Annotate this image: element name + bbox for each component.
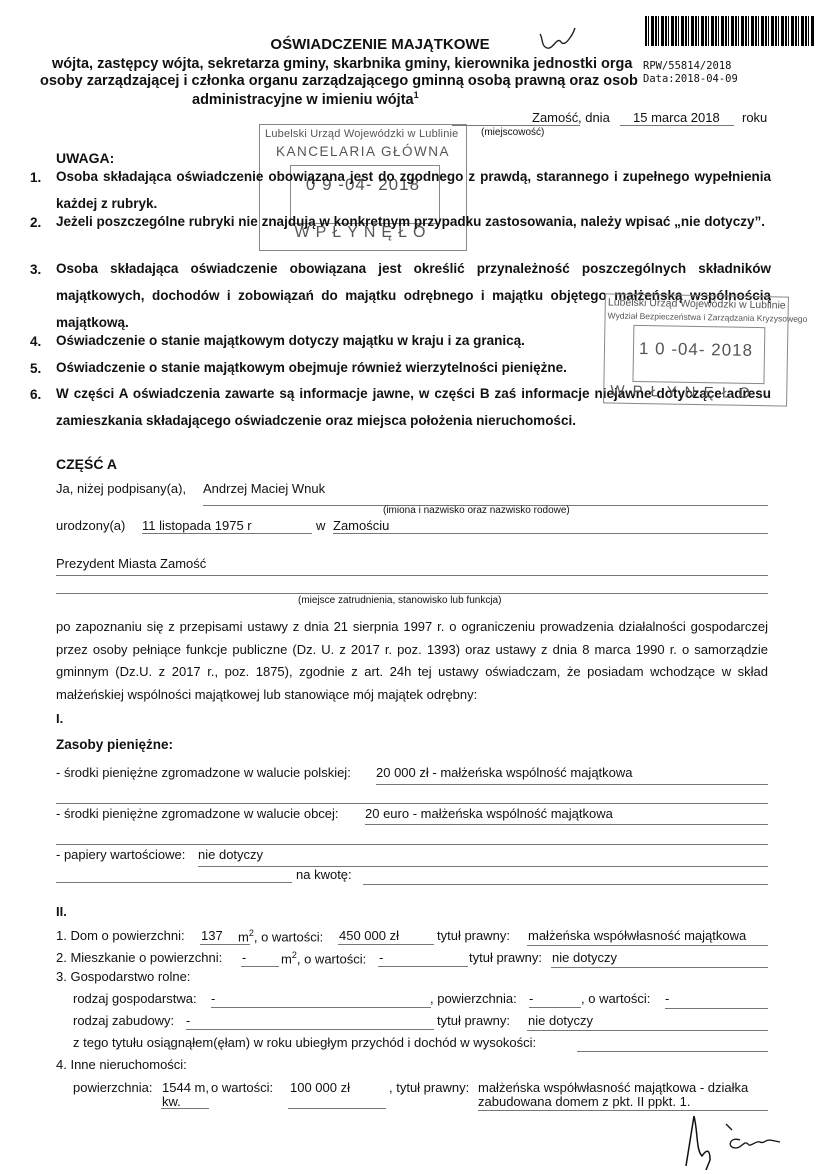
received-stamp-security-department: Lubelski Urząd Wojewódzki w Lublinie Wyd… (603, 293, 789, 406)
farm-type: - (211, 991, 215, 1006)
farm-income-line (577, 1051, 768, 1052)
other-title-line1: małżeńska współwłasność majątkowa - dzia… (478, 1080, 748, 1095)
flat-value: - (379, 950, 383, 965)
other-property-label: 4. Inne nieruchomości: (56, 1057, 187, 1072)
other-area-label: powierzchnia: (73, 1080, 153, 1095)
flat-label: 2. Mieszkanie o powierzchni: (56, 950, 222, 965)
place-line (452, 125, 580, 126)
farm-area-label: , powierzchnia: (430, 991, 517, 1006)
birth-date-line (142, 533, 312, 534)
pln-line-2 (56, 803, 768, 804)
farm-label: 3. Gospodarstwo rolne: (56, 969, 190, 984)
other-value: 100 000 zł (290, 1080, 350, 1095)
note-item: Jeżeli poszczególne rubryki nie znajdują… (56, 208, 771, 235)
stamp-department: Wydział Bezpieczeństwa i Zarządzania Kry… (608, 310, 808, 323)
building-line (186, 1029, 434, 1030)
foreign-line-2 (56, 844, 768, 845)
farm-type-line (211, 1007, 431, 1008)
born-label: urodzony(a) (56, 518, 125, 533)
birth-date: 11 listopada 1975 r (142, 518, 252, 533)
birth-place-line (333, 533, 768, 534)
place-caption: (miejscowość) (481, 127, 544, 138)
flat-title-label: tytuł prawny: (469, 950, 542, 965)
farm-income-label: z tego tytułu osiągnąłem(ęłam) w roku ub… (73, 1035, 536, 1050)
foreign-line (365, 824, 768, 825)
unit-m: m (238, 929, 249, 944)
cash-heading: Zasoby pieniężne: (56, 737, 173, 752)
place-value: Zamość (532, 110, 578, 125)
note-number: 5. (30, 361, 41, 376)
document-subtitle-line1: wójta, zastępcy wójta, sekretarza gminy,… (52, 56, 632, 72)
registry-date: Data:2018-04-09 (643, 73, 738, 85)
position-caption: (miejsce zatrudnienia, stanowisko lub fu… (298, 595, 501, 606)
securities-amount-pre-line (56, 882, 292, 883)
stamp-issuer: Lubelski Urząd Wojewódzki w Lublinie (265, 128, 458, 140)
registry-number: RPW/55814/2018 (643, 60, 732, 72)
stamp-received-label: W P Ł Y N Ę Ł O (610, 383, 752, 402)
pln-label: - środki pieniężne zgromadzone w walucie… (56, 765, 351, 780)
roku-label: roku (742, 110, 767, 125)
flat-title-line (551, 967, 768, 968)
foreign-label: - środki pieniężne zgromadzone w walucie… (56, 806, 339, 821)
part-a-heading: CZĘŚĆ A (56, 456, 117, 472)
section-1-roman: I. (56, 711, 63, 726)
stamp-issuer: Lubelski Urząd Wojewódzki w Lublinie (606, 296, 788, 311)
note-number: 1. (30, 170, 41, 185)
other-title-label: , tytuł prawny: (389, 1080, 469, 1095)
flat-value-line (378, 966, 468, 967)
farm-value-line (665, 1008, 768, 1009)
other-area-line (161, 1108, 209, 1109)
house-title: małżeńska współwłasność majątkowa (528, 928, 746, 943)
section-2-roman: II. (56, 904, 67, 919)
farm-area: - (529, 991, 533, 1006)
position-line-2 (56, 593, 768, 594)
house-value-line (338, 944, 434, 945)
position: Prezydent Miasta Zamość (56, 556, 206, 571)
document-subtitle-line2: osoby zarządzającej i członka organu zar… (40, 73, 638, 89)
building-value: - (186, 1013, 190, 1028)
farm-value-label: , o wartości: (581, 991, 650, 1006)
barcode (645, 16, 815, 46)
other-value-line (288, 1108, 386, 1109)
value-label: , o wartości: (254, 929, 323, 944)
house-value: 450 000 zł (339, 928, 399, 943)
signed-label: Ja, niżej podpisany(a), (56, 481, 186, 496)
securities-label: - papiery wartościowe: (56, 847, 185, 862)
farm-title-line (527, 1030, 768, 1031)
house-label: 1. Dom o powierzchni: (56, 928, 185, 943)
value-label: , o wartości: (297, 951, 366, 966)
unit-m: m (281, 951, 292, 966)
stamp-office: KANCELARIA GŁÓWNA (260, 144, 466, 159)
amount-line (363, 884, 768, 885)
other-value-label: o wartości: (211, 1080, 273, 1095)
pln-line (376, 784, 768, 785)
subtitle-text: administracyjne w imieniu wójta (192, 92, 414, 108)
foreign-value: 20 euro - małżeńska wspólność majątkowa (365, 806, 613, 821)
house-title-line (527, 945, 768, 946)
date-line (620, 125, 734, 126)
other-area: 1544 m, (162, 1080, 209, 1095)
date-value: 15 marca 2018 (633, 110, 720, 125)
farm-title: nie dotyczy (528, 1013, 593, 1028)
pln-value: 20 000 zł - małżeńska wspólność majątkow… (376, 765, 633, 780)
farm-title-label: tytuł prawny: (437, 1013, 510, 1028)
building-label: rodzaj zabudowy: (73, 1013, 174, 1028)
flat-title: nie dotyczy (552, 950, 617, 965)
position-line (56, 575, 768, 576)
house-title-label: tytuł prawny: (437, 928, 510, 943)
signature (680, 1110, 810, 1174)
document-subtitle-line3: administracyjne w imieniu wójta1 (192, 90, 419, 108)
note-number: 3. (30, 262, 41, 277)
house-area: 137 (201, 928, 223, 943)
securities-line (198, 866, 768, 867)
other-title-line2: zabudowana domem z pkt. II ppkt. 1. (478, 1094, 690, 1109)
full-name: Andrzej Maciej Wnuk (203, 481, 325, 496)
dnia-label: , dnia (578, 110, 610, 125)
flat-unit: m2, o wartości: (281, 950, 366, 966)
birth-place: Zamościu (333, 518, 389, 533)
w-label: w (316, 518, 325, 533)
farm-value: - (665, 991, 669, 1006)
house-unit: m2, o wartości: (238, 928, 323, 944)
stamp-date: 1 0 -04- 2018 (605, 338, 787, 361)
note-number: 4. (30, 334, 41, 349)
securities-value: nie dotyczy (198, 847, 263, 862)
declaration-intro: po zapoznaniu się z przepisami ustawy z … (56, 616, 768, 706)
farm-type-label: rodzaj gospodarstwa: (73, 991, 197, 1006)
other-area-unit: kw. (162, 1094, 181, 1109)
flat-area-line (241, 966, 279, 967)
flat-area: - (242, 950, 246, 965)
farm-area-line (529, 1007, 581, 1008)
name-caption: (imiona i nazwisko oraz nazwisko rodowe) (383, 505, 570, 516)
note-number: 6. (30, 387, 41, 402)
note-number: 2. (30, 215, 41, 230)
amount-label: na kwotę: (296, 867, 352, 882)
footnote-mark: 1 (414, 90, 419, 100)
